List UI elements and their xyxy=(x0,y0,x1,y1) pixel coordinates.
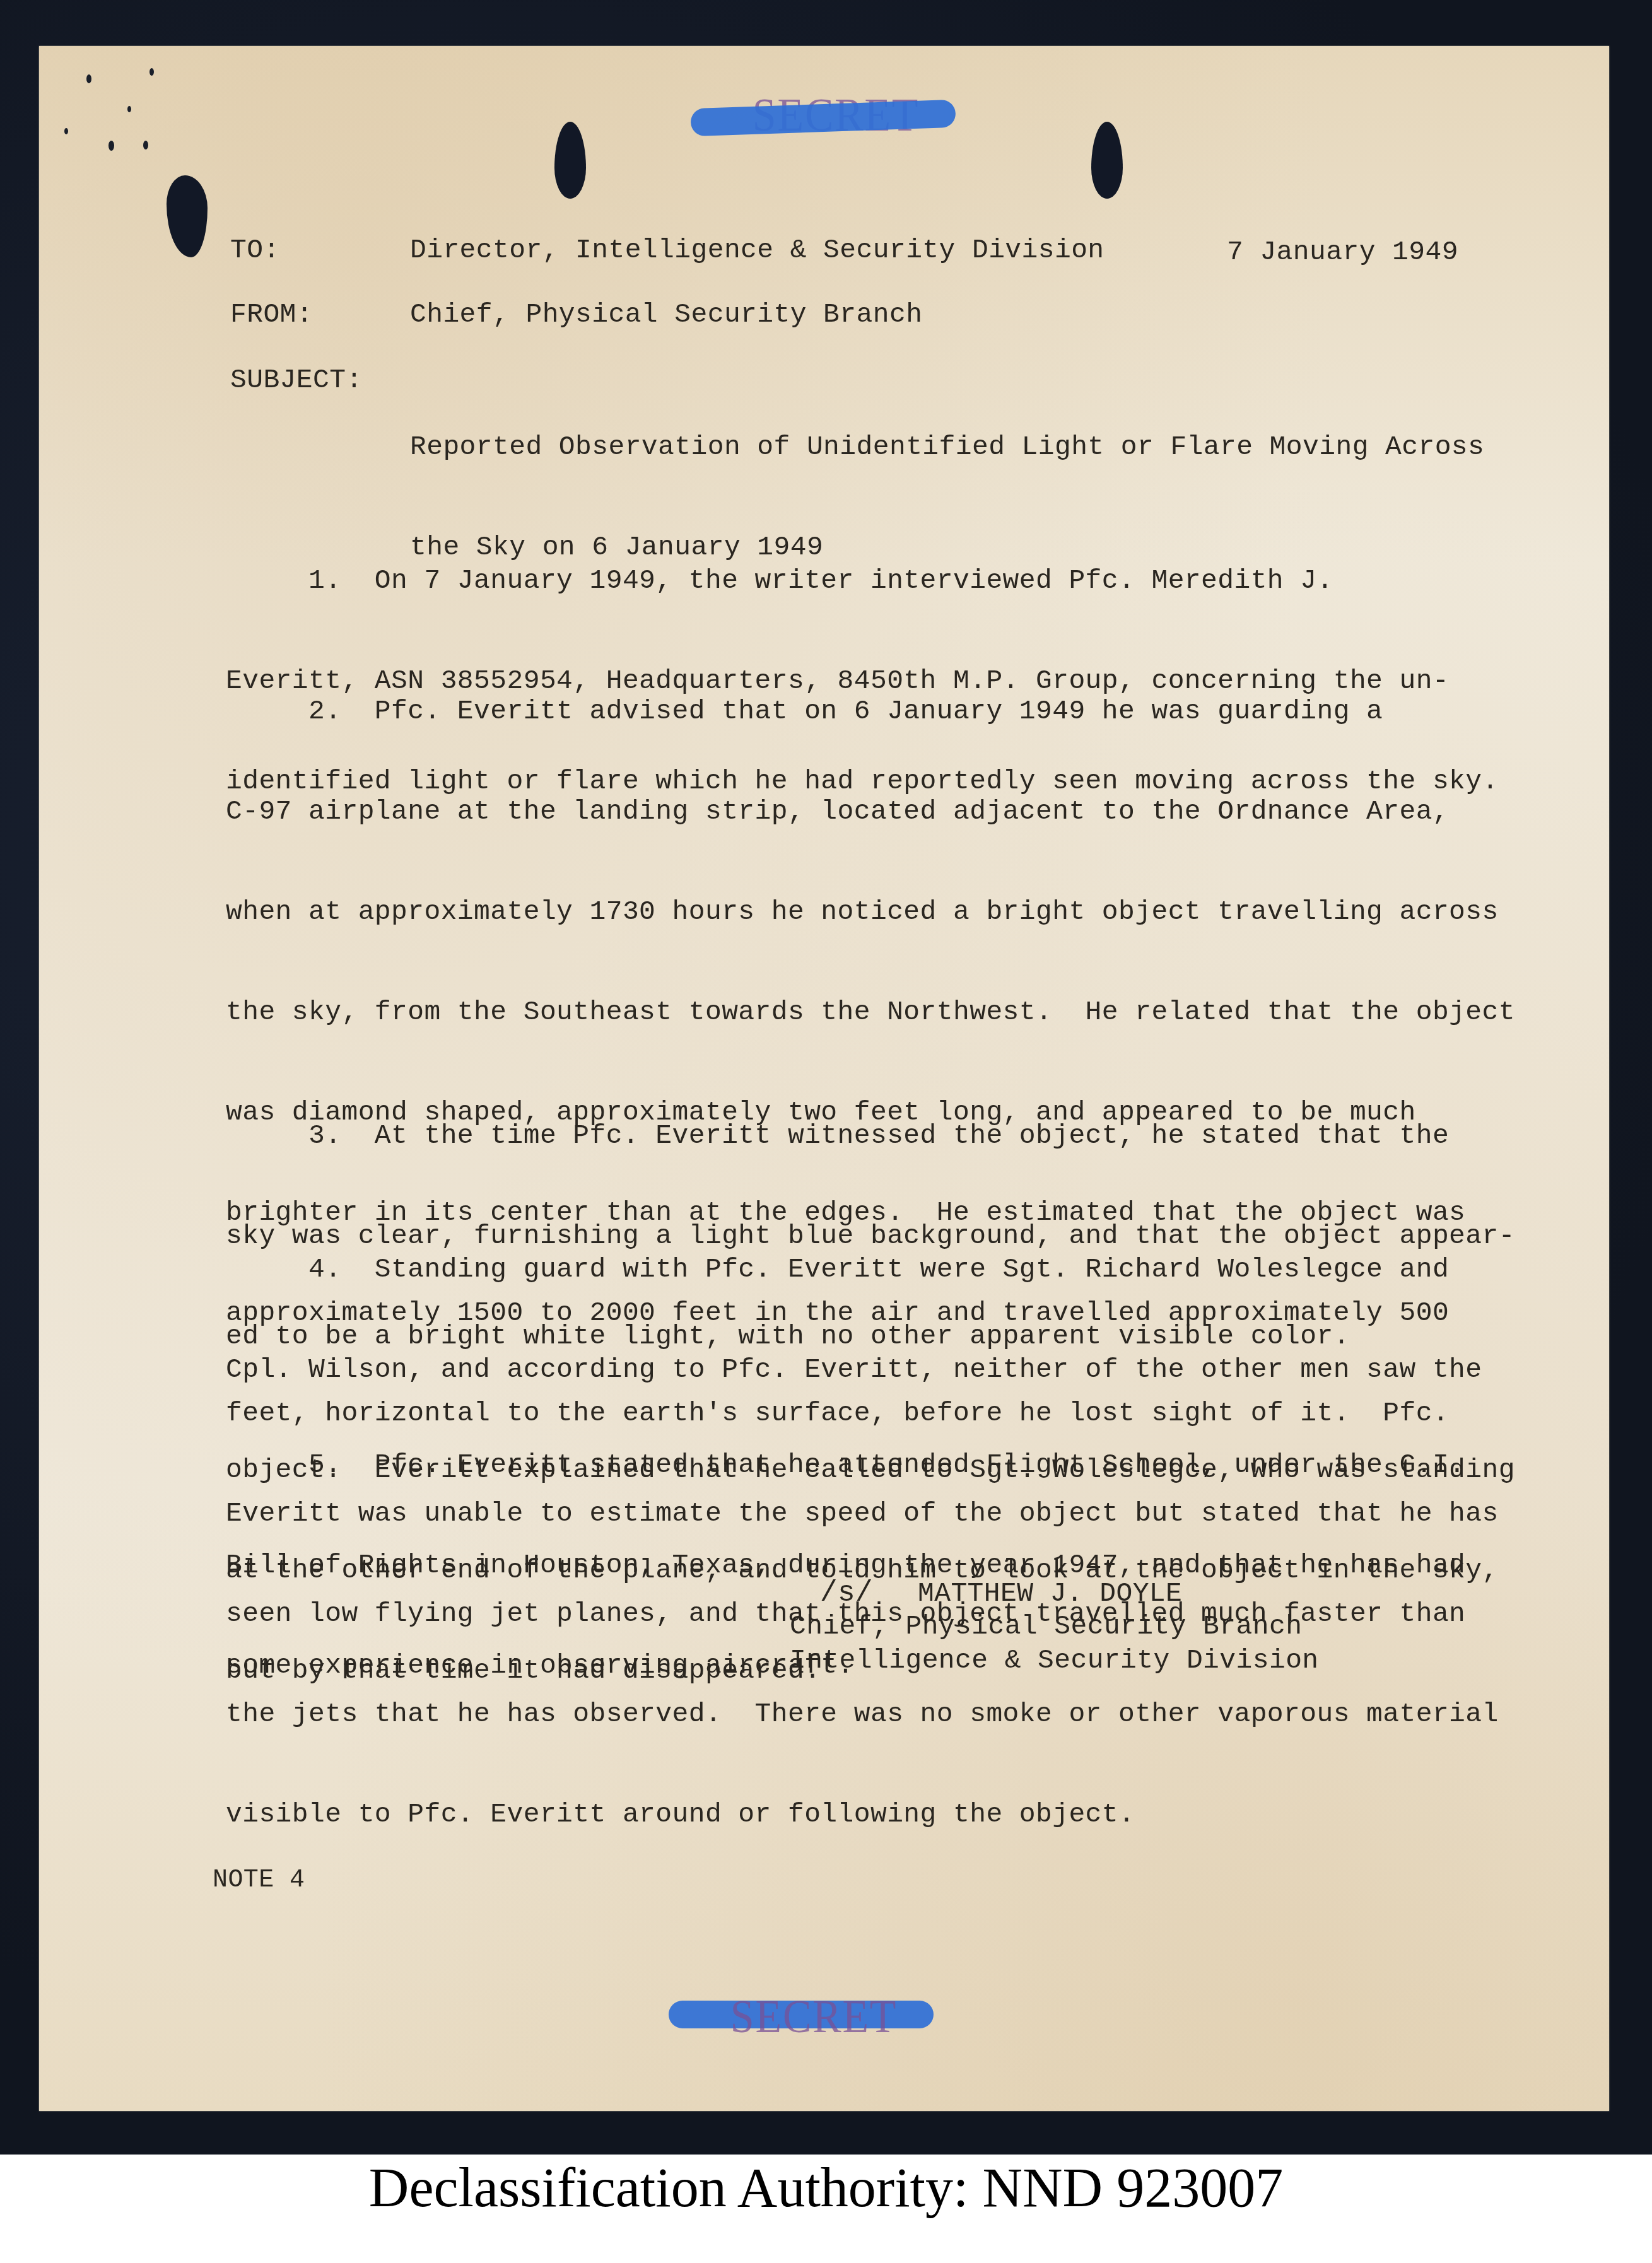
signatory-name: MATTHEW J. DOYLE xyxy=(918,1577,1182,1610)
punch-hole-left xyxy=(554,122,586,199)
declassification-caption: Declassification Authority: NND 923007 xyxy=(0,2157,1652,2220)
classification-stamp-bottom: SECRET xyxy=(669,1987,934,2037)
signature-mark: /s/ xyxy=(820,1577,873,1610)
paper-damage-speck xyxy=(64,128,68,134)
paper-damage-speck xyxy=(149,68,154,76)
paragraph-line: 2. Pfc. Everitt advised that on 6 Januar… xyxy=(226,694,1519,728)
subject-label: SUBJECT: xyxy=(230,363,363,397)
paragraph-line: when at approximately 1730 hours he noti… xyxy=(226,895,1519,928)
paragraph-line: 5. Pfc. Everitt stated that he attended … xyxy=(226,1448,1519,1482)
punch-hole-right xyxy=(1091,122,1123,199)
classification-stamp-top: SECRET xyxy=(691,90,956,141)
paragraph-line: 4. Standing guard with Pfc. Everitt were… xyxy=(226,1253,1519,1286)
paragraph-line: 1. On 7 January 1949, the writer intervi… xyxy=(226,564,1519,597)
from-label: FROM: xyxy=(230,298,313,331)
memo-date: 7 January 1949 xyxy=(1227,235,1458,269)
note-reference: NOTE 4 xyxy=(213,1864,305,1897)
signatory-division: Intelligence & Security Division xyxy=(790,1644,1319,1677)
from-value: Chief, Physical Security Branch xyxy=(410,298,922,331)
paper-damage-speck xyxy=(143,141,148,149)
paper-damage-speck xyxy=(108,141,114,151)
paragraph-line: 3. At the time Pfc. Everitt witnessed th… xyxy=(226,1119,1519,1152)
paper-damage-speck xyxy=(127,106,131,112)
signatory-title: Chief, Physical Security Branch xyxy=(790,1610,1302,1643)
paragraph-line: the sky, from the Southeast towards the … xyxy=(226,995,1519,1029)
to-label: TO: xyxy=(230,233,280,267)
subject-line: Reported Observation of Unidentified Lig… xyxy=(410,430,1484,464)
paragraph-line: visible to Pfc. Everitt around or follow… xyxy=(226,1798,1519,1831)
classification-stamp-text: SECRET xyxy=(727,1992,901,2042)
paragraph-line: C-97 airplane at the landing strip, loca… xyxy=(226,795,1519,828)
torn-hole xyxy=(167,175,208,257)
paper-damage-speck xyxy=(86,74,91,83)
to-value: Director, Intelligence & Security Divisi… xyxy=(410,233,1104,267)
